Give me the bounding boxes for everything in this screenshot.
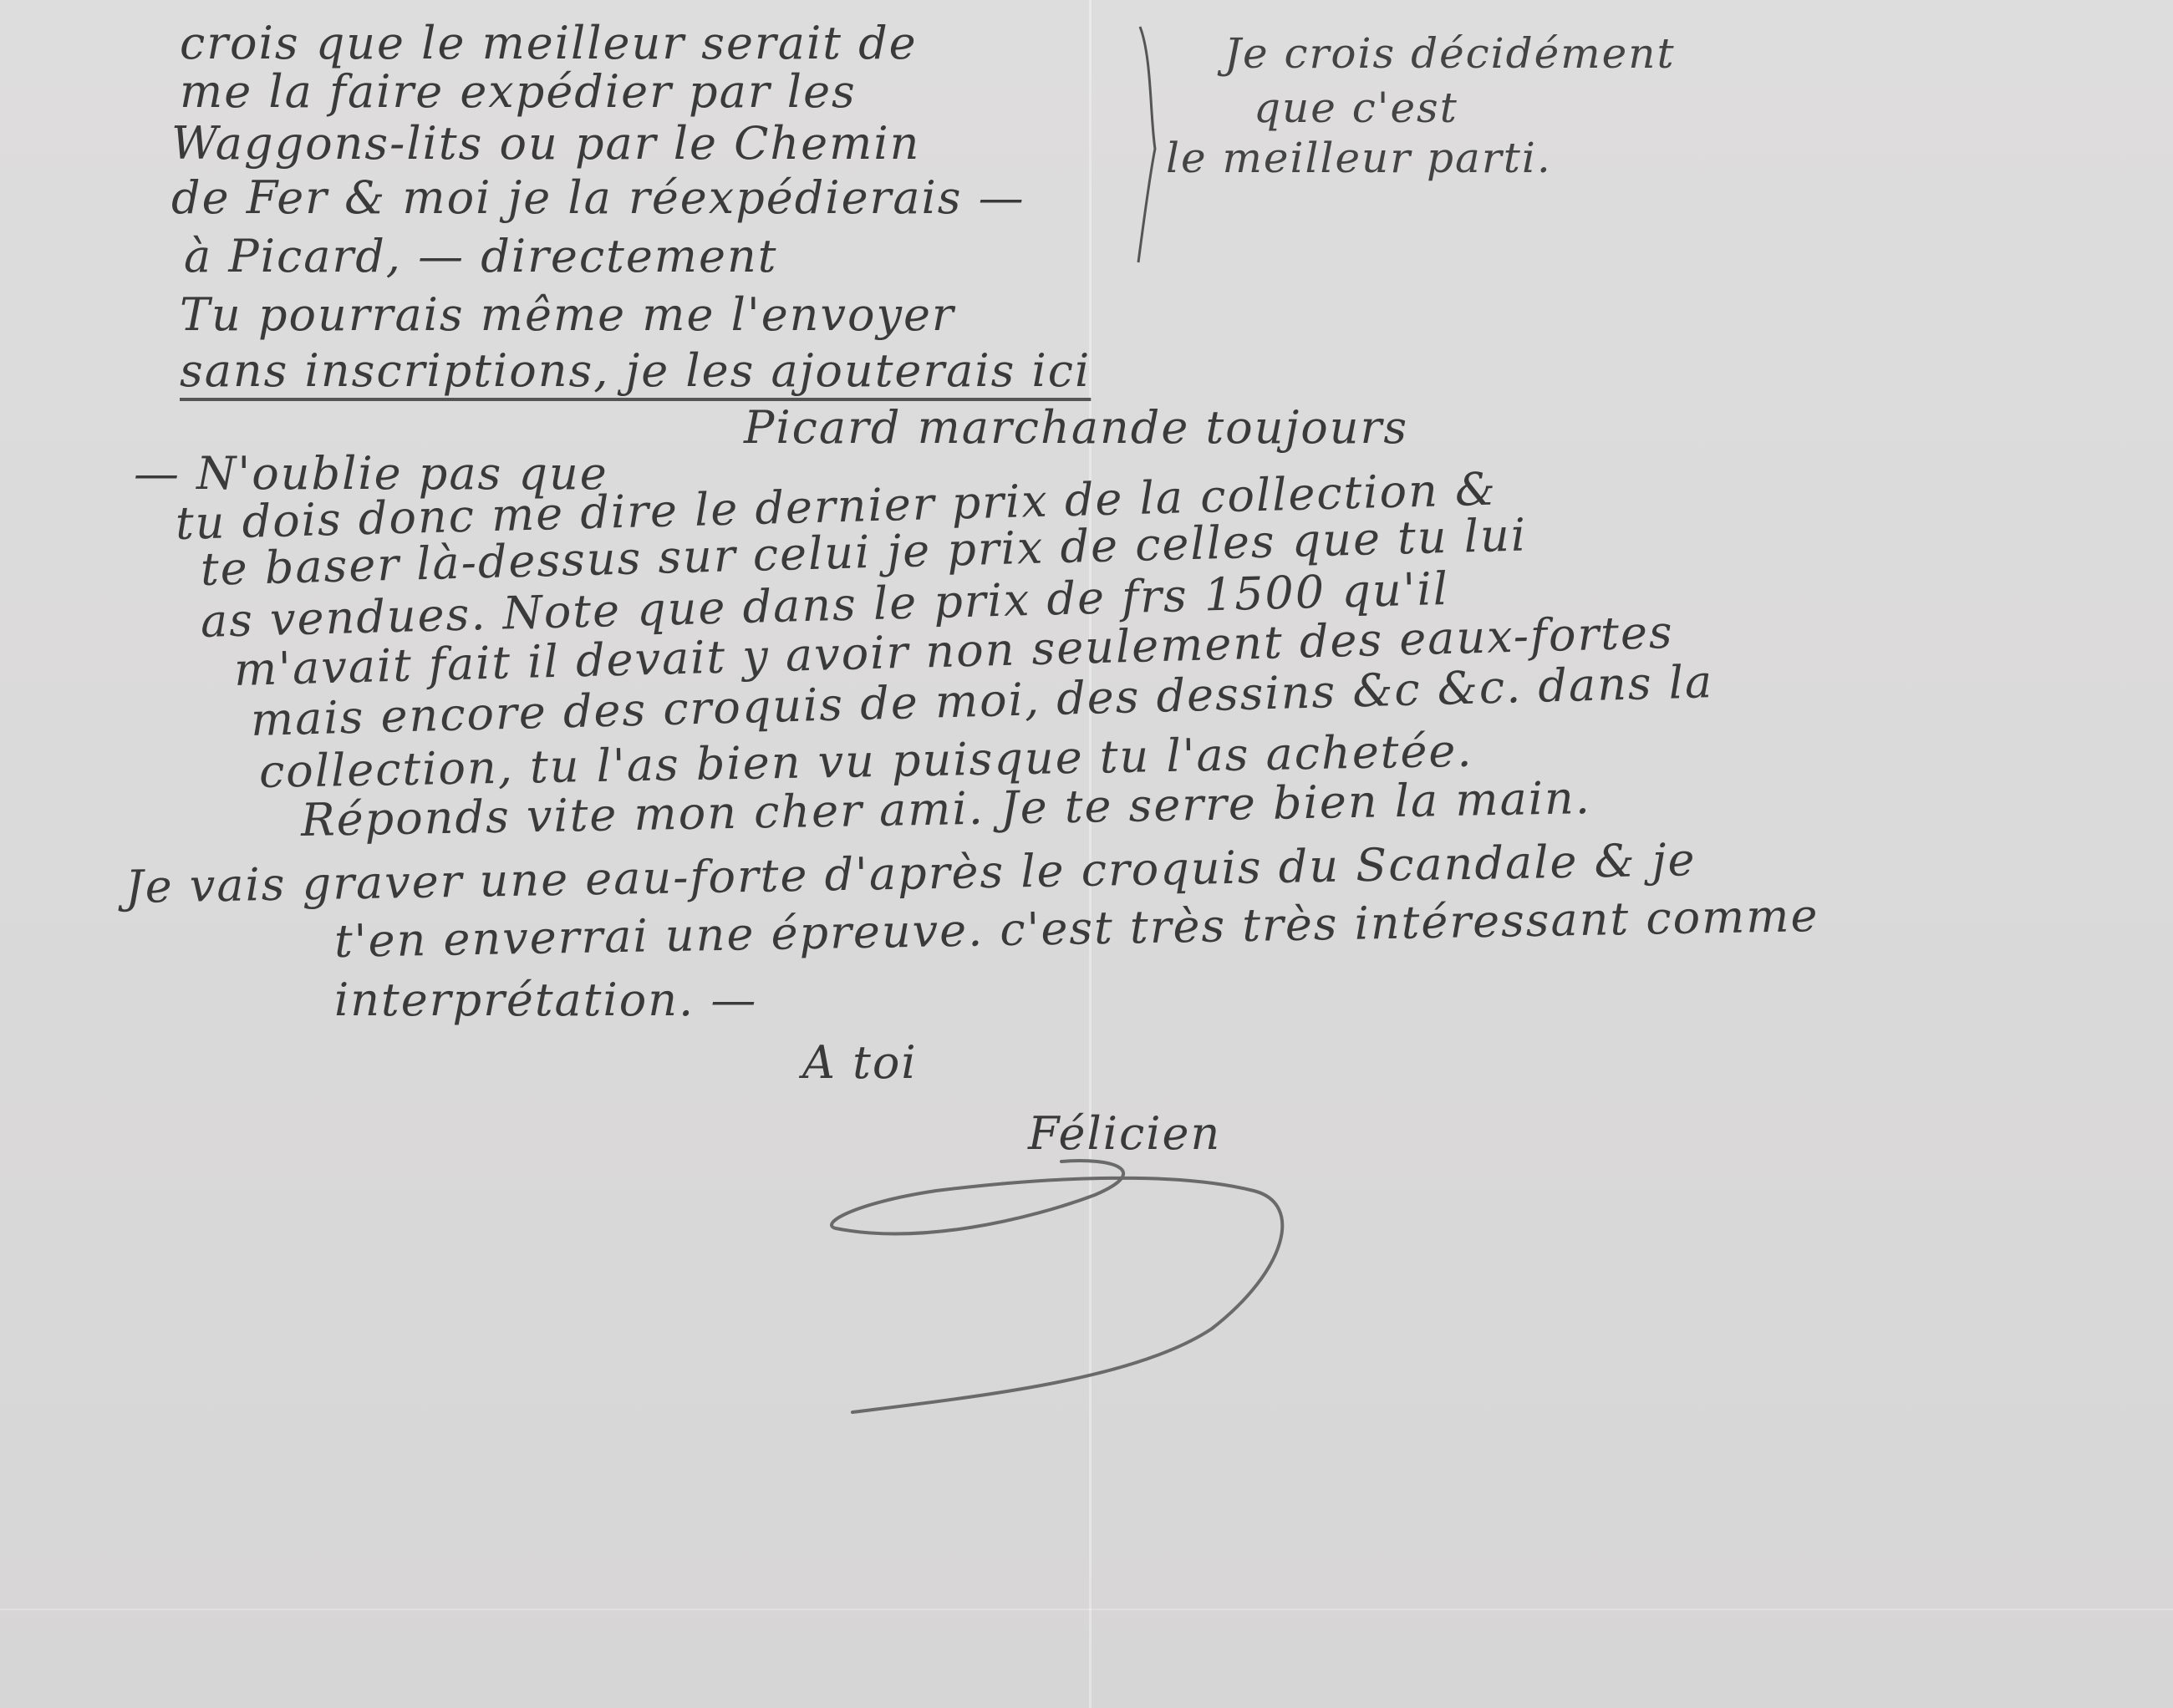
body-line-2: me la faire expédier par les [180, 65, 857, 118]
closing-salutation: A toi [802, 1036, 918, 1089]
body-line-19: interprétation. — [334, 973, 757, 1026]
body-line-3: Waggons-lits ou par le Chemin [171, 117, 920, 170]
brace-bracket-icon [1135, 23, 1168, 266]
body-line-4: de Fer & moi je la réexpédierais — [171, 171, 1025, 224]
margin-note-line-1: Je crois décidément [1224, 29, 1676, 78]
body-line-6: Tu pourrais même me l'envoyer [180, 288, 955, 341]
horizontal-fold-crease [0, 1609, 2173, 1610]
signature-flourish-icon [819, 1145, 1471, 1421]
body-line-1: crois que le meilleur serait de [180, 17, 918, 69]
letter-page: crois que le meilleur serait de me la fa… [0, 0, 2173, 1708]
margin-note-line-3: le meilleur parti. [1166, 134, 1552, 182]
body-line-7-underlined: sans inscriptions, je les ajouterais ici [180, 344, 1091, 397]
margin-note-line-2: que c'est [1254, 84, 1458, 132]
body-line-5: à Picard, — directement [184, 230, 777, 282]
body-line-8: Picard marchande toujours [744, 401, 1408, 454]
